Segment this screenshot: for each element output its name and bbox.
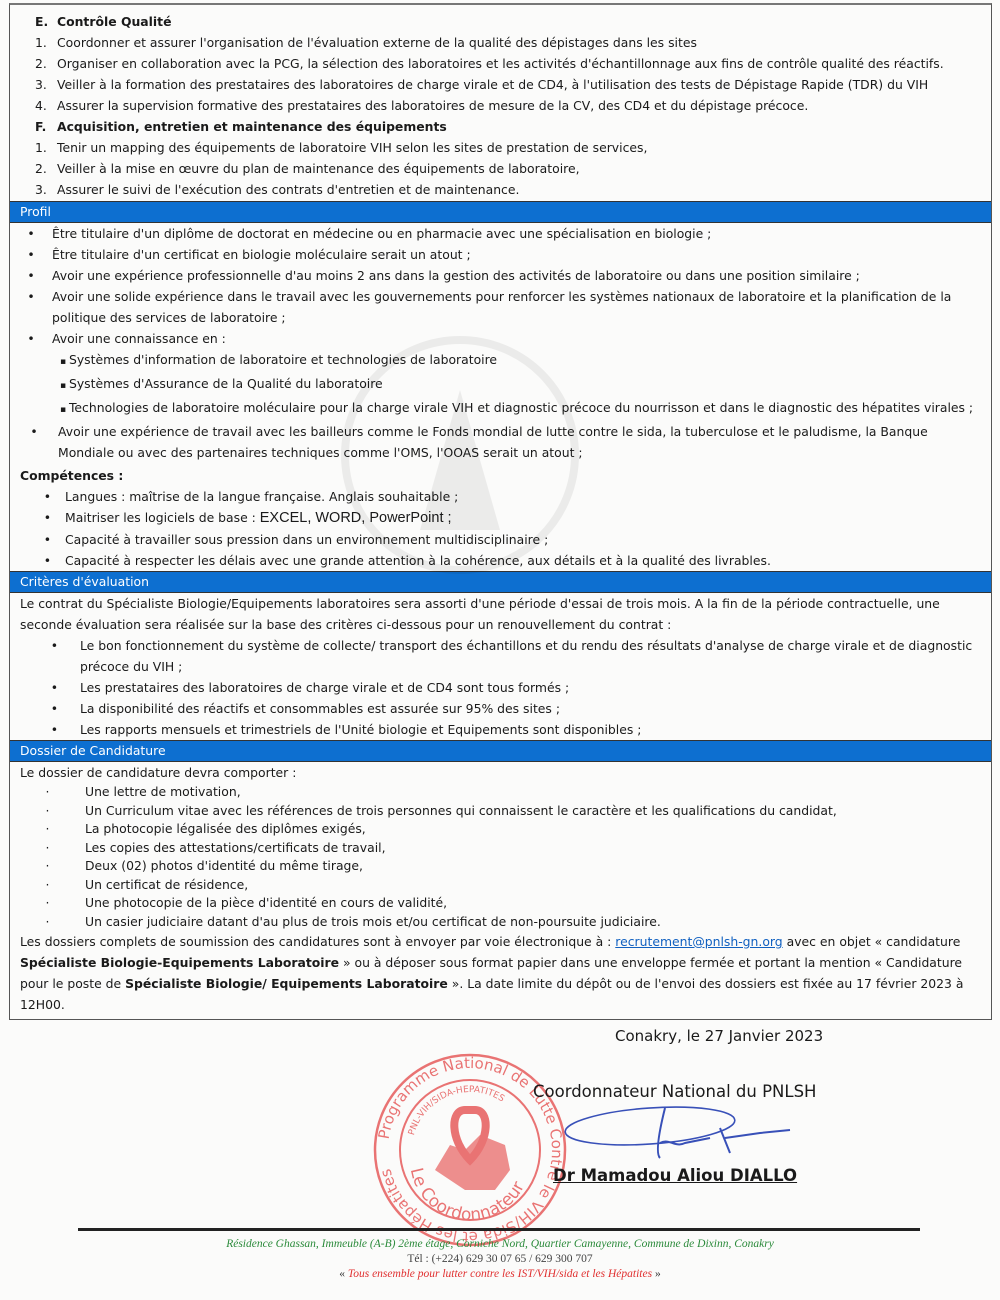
list-item: ·La photocopie légalisée des diplômes ex… [10,820,991,839]
handwritten-signature [560,1098,820,1168]
software-list: EXCEL, WORD, PowerPoint ; [260,510,452,526]
footer-phone: Tél : (+224) 629 30 07 65 / 629 300 707 [0,1253,1000,1265]
bullet-icon: • [10,265,52,286]
list-item: 1.Tenir un mapping des équipements de la… [10,137,991,158]
dossier-section: Le dossier de candidature devra comporte… [10,762,991,1015]
item-number: 3. [10,74,57,95]
section-header-profil: Profil [10,201,991,223]
list-item: ·Un Curriculum vitae avec les références… [10,802,991,821]
list-item: 1.Coordonner et assurer l'organisation d… [10,32,991,53]
item-text: Assurer le suivi de l'exécution des cont… [57,182,519,197]
bullet-icon: • [10,550,65,571]
bullet-icon: • [10,223,52,244]
sub-list-item: ▪ Systèmes d'information de laboratoire … [10,349,991,373]
square-bullet-icon: ▪ [60,405,69,415]
competences-title: Compétences : [10,465,991,486]
item-number: 1. [10,32,57,53]
list-item: •Avoir une expérience professionnelle d'… [10,265,991,286]
section-controle-qualite: E.Contrôle Qualité 1.Coordonner et assur… [10,5,991,116]
item-text: Coordonner et assurer l'organisation de … [57,35,697,50]
bullet-icon: · [10,894,85,913]
section-heading: E.Contrôle Qualité [10,11,991,32]
bullet-icon: • [10,328,52,349]
submission-instructions: Les dossiers complets de soumission des … [10,931,991,1015]
bullet-icon: • [10,529,65,550]
competence-item: •Langues : maîtrise de la langue françai… [10,486,991,507]
item-text: Tenir un mapping des équipements de labo… [57,140,647,155]
list-item: ·Une lettre de motivation, [10,783,991,802]
criteres-intro: Le contrat du Spécialiste Biologie/Equip… [10,593,991,635]
bullet-icon: · [10,913,85,932]
item-text: Assurer la supervision formative des pre… [57,98,808,113]
bullet-icon: · [10,839,85,858]
bullet-icon: • [10,677,80,698]
list-item: •Être titulaire d'un diplôme de doctorat… [10,223,991,244]
square-bullet-icon: ▪ [60,381,69,391]
item-number: 2. [10,53,57,74]
section-heading: F.Acquisition, entretien et maintenance … [10,116,991,137]
bullet-icon: • [10,486,65,507]
list-item: ·Un certificat de résidence, [10,876,991,895]
list-item: •Avoir une solide expérience dans le tra… [10,286,991,328]
sub-list-item: ▪ Technologies de laboratoire moléculair… [10,397,991,421]
bullet-icon: · [10,857,85,876]
bullet-icon: • [10,244,52,265]
list-item: •Le bon fonctionnement du système de col… [10,635,991,677]
list-item: •La disponibilité des réactifs et consom… [10,698,991,719]
list-item: •Les prestataires des laboratoires de ch… [10,677,991,698]
footer-rule [78,1228,920,1231]
competence-item: •Maitriser les logiciels de base : EXCEL… [10,507,991,529]
section-title: Acquisition, entretien et maintenance de… [57,119,447,134]
footer-address: Résidence Ghassan, Immeuble (A-B) 2ème é… [0,1238,1000,1250]
section-letter: F. [10,116,57,137]
signature-date: Conakry, le 27 Janvier 2023 [615,1027,823,1045]
item-number: 4. [10,95,57,116]
bullet-icon: • [10,286,52,328]
bullet-icon: • [10,507,65,528]
document-frame: E.Contrôle Qualité 1.Coordonner et assur… [9,3,992,1020]
section-title: Contrôle Qualité [57,14,171,29]
dossier-intro: Le dossier de candidature devra comporte… [10,762,991,783]
item-text: Veiller à la formation des prestataires … [57,77,928,92]
list-item: •Être titulaire d'un certificat en biolo… [10,244,991,265]
competence-item: •Capacité à respecter les délais avec un… [10,550,991,571]
list-item: 2.Veiller à la mise en œuvre du plan de … [10,158,991,179]
item-text: Organiser en collaboration avec la PCG, … [57,56,944,71]
bullet-icon: • [10,719,80,740]
item-number: 1. [10,137,57,158]
criteres-section: Le contrat du Spécialiste Biologie/Equip… [10,593,991,740]
email-link[interactable]: recrutement@pnlsh-gn.org [615,934,782,949]
sub-list-item: ▪ Systèmes d'Assurance de la Qualité du … [10,373,991,397]
bullet-icon: • [10,698,80,719]
bullet-icon: · [10,802,85,821]
bullet-icon: • [10,635,80,677]
list-item: ·Les copies des attestations/certificats… [10,839,991,858]
list-item: ·Un casier judiciaire datant d'au plus d… [10,913,991,932]
bullet-icon: · [10,876,85,895]
list-item: 4.Assurer la supervision formative des p… [10,95,991,116]
list-item: ·Deux (02) photos d'identité du même tir… [10,857,991,876]
signatory-name: Dr Mamadou Aliou DIALLO [553,1166,797,1185]
section-letter: E. [10,11,57,32]
competence-item: •Capacité à travailler sous pression dan… [10,529,991,550]
list-item: 2.Organiser en collaboration avec la PCG… [10,53,991,74]
section-equipements: F.Acquisition, entretien et maintenance … [10,116,991,200]
item-text: Veiller à la mise en œuvre du plan de ma… [57,161,580,176]
section-header-dossier: Dossier de Candidature [10,740,991,762]
list-item: •Avoir une connaissance en : [10,328,991,349]
item-number: 2. [10,158,57,179]
list-item: ·Une photocopie de la pièce d'identité e… [10,894,991,913]
list-item: •Les rapports mensuels et trimestriels d… [10,719,991,740]
list-item: 3.Assurer le suivi de l'exécution des co… [10,179,991,200]
official-stamp: Programme National de Lutte Contre le VI… [370,1050,570,1250]
section-header-criteres: Critères d'évaluation [10,571,991,593]
footer-slogan: « Tous ensemble pour lutter contre les I… [0,1268,1000,1280]
item-number: 3. [10,179,57,200]
profil-section: •Être titulaire d'un diplôme de doctorat… [10,223,991,571]
bullet-icon: · [10,820,85,839]
bullet-icon: · [10,783,85,802]
list-item: 3.Veiller à la formation des prestataire… [10,74,991,95]
square-bullet-icon: ▪ [60,357,69,367]
list-item: •Avoir une expérience de travail avec le… [10,421,991,463]
